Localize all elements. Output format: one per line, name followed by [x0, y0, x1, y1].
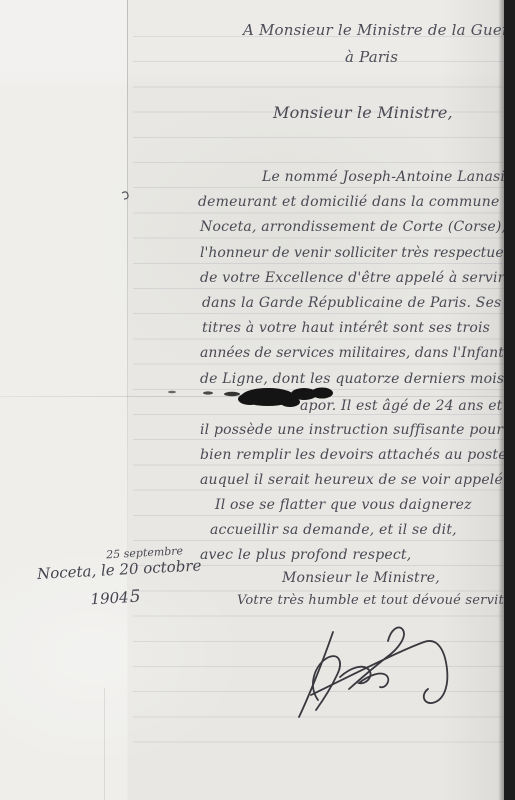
scanned-letter-page: A Monsieur le Ministre de la Guerre, à P… [0, 0, 515, 800]
body-line: dans la Garde Républicaine de Paris. Ses [202, 295, 501, 311]
vertical-fold-crease-bottom [104, 688, 105, 800]
date-block: 25 septembre Noceta, le 20 octobre 19045 [36, 543, 219, 622]
scan-edge-strip [504, 0, 515, 800]
addressee-line-2: à Paris [345, 48, 398, 66]
closing-line: Monsieur le Ministre, [282, 570, 440, 586]
body-line: auquel il serait heureux de se voir appe… [200, 472, 508, 488]
addressee-line-1: A Monsieur le Ministre de la Guerre, [243, 21, 515, 39]
body-line: Il ose se flatter que vous daignerez [215, 497, 472, 513]
vertical-fold-crease [127, 0, 128, 625]
body-line: demeurant et domicilié dans la commune d… [198, 194, 515, 210]
body-line: de Ligne, dont les quatorze derniers moi… [200, 371, 504, 387]
body-line: avec le plus profond respect, [200, 547, 411, 563]
date-year: 19045 [90, 587, 141, 610]
body-line: Le nommé Joseph-Antoine Lanasi, [262, 169, 510, 185]
body-line: il possède une instruction suffisante po… [200, 422, 503, 438]
body-line: l'honneur de venir solliciter très respe… [200, 245, 515, 261]
body-line: titres à votre haut intérêt sont ses tro… [202, 320, 490, 336]
body-line: de votre Excellence d'être appelé à serv… [200, 270, 505, 286]
date-year-correction: 5 [129, 587, 141, 608]
body-line: bien remplir les devoirs attachés au pos… [200, 447, 507, 463]
body-line-partially-obscured: apor. Il est âgé de 24 ans et [300, 398, 503, 414]
body-line: accueillir sa demande, et il se dit, [210, 522, 457, 538]
body-line: années de services militaires, dans l'In… [200, 345, 515, 361]
closing-line: Votre très humble et tout dévoué servite… [237, 593, 515, 608]
ruled-lines [133, 36, 503, 748]
body-line: Noceta, arrondissement de Corte (Corse),… [200, 219, 515, 235]
date-place-and-date: Noceta, le 20 octobre [37, 556, 202, 583]
date-year-value: 1904 [90, 588, 129, 608]
salutation: Monsieur le Ministre, [273, 103, 453, 122]
horizontal-fold-crease [0, 396, 503, 397]
signature-flourish [299, 627, 447, 717]
